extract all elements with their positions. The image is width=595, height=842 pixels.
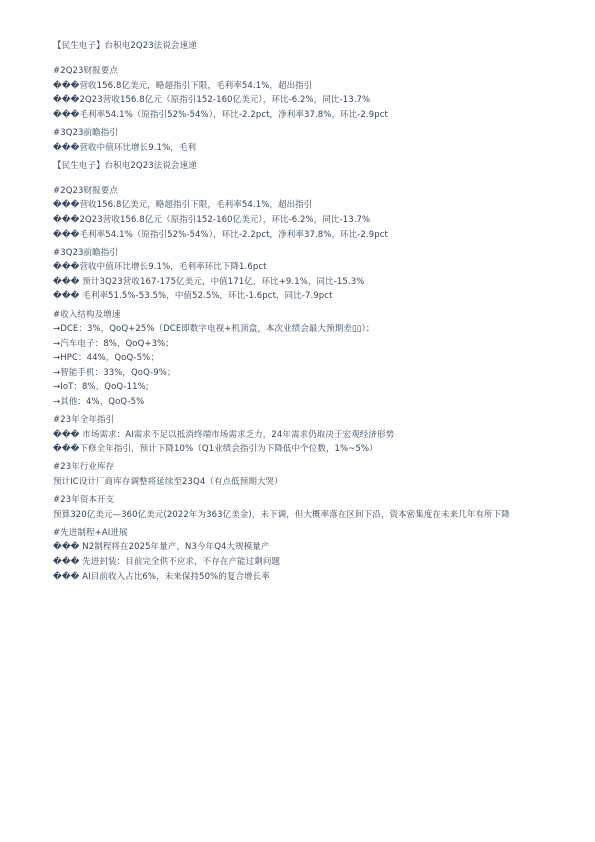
section-heading-line: #2Q23财报要点 [53, 64, 565, 79]
text-line: →HPC：44%，QoQ-5%； [53, 351, 565, 366]
text-line: ��� N2制程将在2025年量产，N3今年Q4大规模量产 [53, 540, 565, 555]
text-line: ���营收中值环比增长9.1%，毛利 [53, 141, 565, 156]
text-line: ���营收156.8亿美元，略超指引下限，毛利率54.1%，超出指引 [53, 79, 565, 94]
note-section-paragraph: #23年行业库存预计IC设计厂商库存调整将延续至23Q4（有点低预期大哭） [53, 460, 565, 489]
section-heading-line: #收入结构及增速 [53, 308, 565, 323]
text-line: →智能手机：33%，QoQ-9%； [53, 366, 565, 381]
note-section-paragraph: #收入结构及增速→DCE：3%，QoQ+25%（DCE即数字电视+机顶盒，本次业… [53, 308, 565, 410]
text-line: ��� 毛利率51.5%-53.5%，中值52.5%，环比-1.6pct，同比-… [53, 289, 565, 304]
note-section-paragraph: #23年全年指引��� 市场需求：AI需求不足以抵消终端市场需求乏力，24年需求… [53, 413, 565, 457]
note-block-truncated: 【民生电子】台积电2Q23法说会速递#2Q23财报要点���营收156.8亿美元… [53, 39, 565, 155]
text-line: ���下修全年指引，预计下降10%（Q1业绩会指引为下降低中个位数，1%~5%） [53, 442, 565, 457]
section-heading-line: #23年资本开支 [53, 493, 565, 508]
note-section-paragraph: #3Q23前瞻指引���营收中值环比增长9.1%，毛利 [53, 126, 565, 155]
section-heading-line: #2Q23财报要点 [53, 184, 565, 199]
note-block-full: 【民生电子】台积电2Q23法说会速递#2Q23财报要点���营收156.8亿美元… [53, 159, 565, 585]
text-line: →DCE：3%，QoQ+25%（DCE即数字电视+机顶盒，本次业绩会最大预期差▯… [53, 322, 565, 337]
section-heading-line: #3Q23前瞻指引 [53, 246, 565, 261]
text-line: ���毛利率54.1%（原指引52%-54%），环比-2.2pct，净利率37.… [53, 228, 565, 243]
document-content: 【民生电子】台积电2Q23法说会速递#2Q23财报要点���营收156.8亿美元… [53, 39, 565, 588]
text-line: 预计IC设计厂商库存调整将延续至23Q4（有点低预期大哭） [53, 475, 565, 490]
note-section-paragraph: #3Q23前瞻指引���营收中值环比增长9.1%，毛利率环比下降1.6pct��… [53, 246, 565, 304]
text-line: 预算320亿美元—360亿美元(2022年为363亿美金)，未下调，但大概率落在… [53, 508, 565, 523]
section-heading-line: #先进制程+AI进展 [53, 526, 565, 541]
section-heading-line: #23年全年指引 [53, 413, 565, 428]
note-section-paragraph: #2Q23财报要点���营收156.8亿美元，略超指引下限，毛利率54.1%，超… [53, 184, 565, 242]
text-line: →汽车电子：8%，QoQ+3%； [53, 337, 565, 352]
text-line: ���营收156.8亿美元，略超指引下限，毛利率54.1%，超出指引 [53, 198, 565, 213]
text-line: →其他：4%，QoQ-5% [53, 395, 565, 410]
note-title-paragraph: 【民生电子】台积电2Q23法说会速递 [53, 159, 565, 174]
note-section-paragraph: #2Q23财报要点���营收156.8亿美元，略超指引下限，毛利率54.1%，超… [53, 64, 565, 122]
note-section-paragraph: #23年资本开支预算320亿美元—360亿美元(2022年为363亿美金)，未下… [53, 493, 565, 522]
section-heading-line: #3Q23前瞻指引 [53, 126, 565, 141]
section-heading-line: #23年行业库存 [53, 460, 565, 475]
document-page: 【民生电子】台积电2Q23法说会速递#2Q23财报要点���营收156.8亿美元… [0, 0, 595, 842]
text-line: ���营收中值环比增长9.1%，毛利率环比下降1.6pct [53, 260, 565, 275]
text-line: ���2Q23营收156.8亿元（原指引152-160亿美元），环比-6.2%，… [53, 93, 565, 108]
note-section-paragraph: #先进制程+AI进展��� N2制程将在2025年量产，N3今年Q4大规模量产�… [53, 526, 565, 584]
note-title-line: 【民生电子】台积电2Q23法说会速递 [53, 159, 565, 174]
text-line: ��� 预计3Q23营收167-175亿美元，中值171亿，环比+9.1%，同比… [53, 275, 565, 290]
text-line: ���2Q23营收156.8亿元（原指引152-160亿美元），环比-6.2%，… [53, 213, 565, 228]
text-line: ��� AI目前收入占比6%，未来保持50%的复合增长率 [53, 570, 565, 585]
note-title-paragraph: 【民生电子】台积电2Q23法说会速递 [53, 39, 565, 54]
note-title-line: 【民生电子】台积电2Q23法说会速递 [53, 39, 565, 54]
text-line: ���毛利率54.1%（原指引52%-54%），环比-2.2pct，净利率37.… [53, 108, 565, 123]
text-line: ��� 市场需求：AI需求不足以抵消终端市场需求乏力，24年需求仍取决于宏观经济… [53, 428, 565, 443]
text-line: ��� 先进封装：目前完全供不应求，不存在产能过剩问题 [53, 555, 565, 570]
text-line: →IoT：8%，QoQ-11%; [53, 380, 565, 395]
